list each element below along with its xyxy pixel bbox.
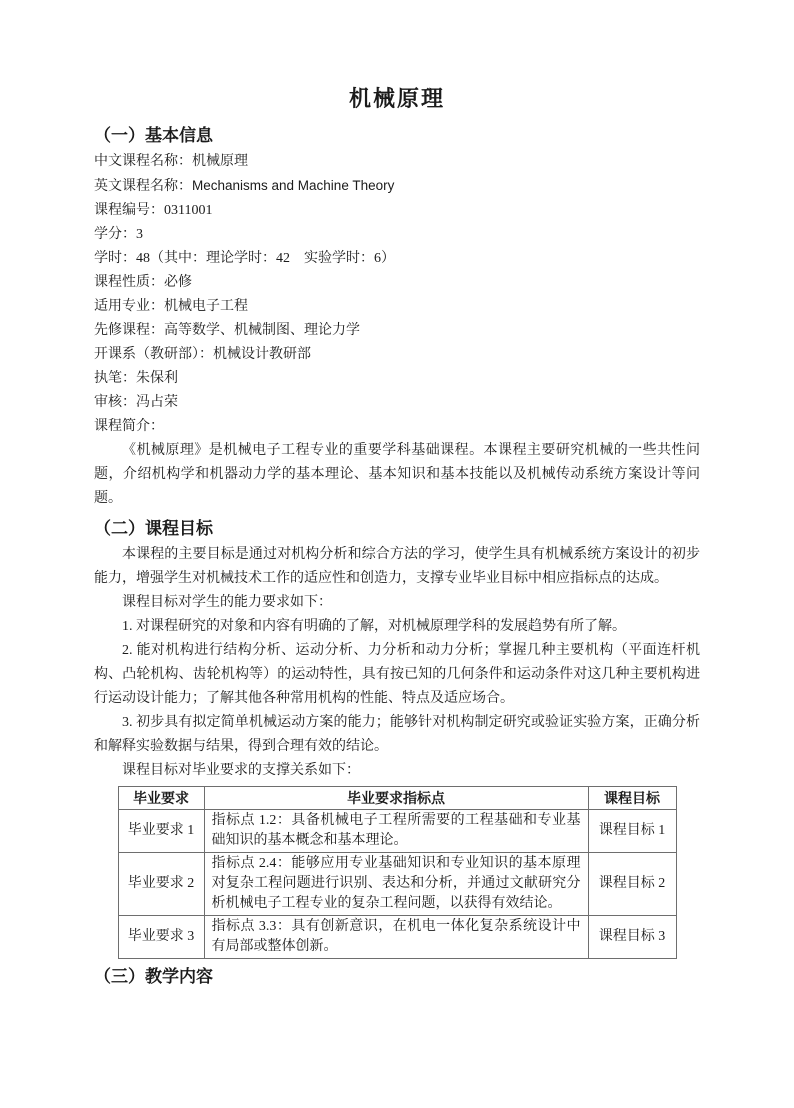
ability-item-1: 1. 对课程研究的对象和内容有明确的了解，对机械原理学科的发展趋势有所了解。 — [94, 615, 700, 639]
header-requirement-indicator: 毕业要求指标点 — [204, 787, 588, 810]
field-author: 执笔：朱保利 — [94, 367, 700, 391]
course-intro-paragraph: 《机械原理》是机械电子工程专业的重要学科基础课程。本课程主要研究机械的一些共性问… — [94, 439, 700, 511]
field-value: 机械原理 — [192, 154, 248, 169]
cell-indicator-3: 指标点 3.3：具有创新意识，在机电一体化复杂系统设计中有局部或整体创新。 — [204, 916, 588, 959]
support-table-row-2: 毕业要求 2 指标点 2.4：能够应用专业基础知识和专业知识的基本原理对复杂工程… — [118, 853, 676, 916]
field-label: 执笔： — [94, 371, 136, 386]
support-table-row-3: 毕业要求 3 指标点 3.3：具有创新意识，在机电一体化复杂系统设计中有局部或整… — [118, 916, 676, 959]
section-teaching-content-heading: （三）教学内容 — [94, 965, 700, 989]
field-label: 开课系（教研部）： — [94, 347, 213, 362]
field-value: 高等数学、机械制图、理论力学 — [164, 323, 360, 338]
cell-requirement-1: 毕业要求 1 — [118, 810, 204, 853]
field-value: 朱保利 — [136, 371, 178, 386]
document-page: 机械原理 （一）基本信息 中文课程名称：机械原理 英文课程名称：Mechanis… — [0, 0, 794, 1108]
field-offering-department: 开课系（教研部）：机械设计教研部 — [94, 343, 700, 367]
field-value: Mechanisms and Machine Theory — [192, 178, 394, 193]
support-relation-intro: 课程目标对毕业要求的支撑关系如下： — [94, 759, 700, 783]
field-label: 先修课程： — [94, 323, 164, 338]
field-value: 3 — [136, 227, 143, 242]
cell-objective-1: 课程目标 1 — [588, 810, 676, 853]
field-label: 中文课程名称： — [94, 154, 192, 169]
cell-objective-3: 课程目标 3 — [588, 916, 676, 959]
cell-objective-2: 课程目标 2 — [588, 853, 676, 916]
field-label: 学分： — [94, 227, 136, 242]
ability-item-3: 3. 初步具有拟定简单机械运动方案的能力；能够针对机构制定研究或验证实验方案，正… — [94, 711, 700, 759]
cell-indicator-1: 指标点 1.2：具备机械电子工程所需要的工程基础和专业基础知识的基本概念和基本理… — [204, 810, 588, 853]
field-label: 课程编号： — [94, 203, 164, 218]
field-course-nature: 课程性质：必修 — [94, 271, 700, 295]
field-class-hours: 学时：48（其中：理论学时：42 实验学时：6） — [94, 247, 700, 271]
field-course-brief-label: 课程简介： — [94, 415, 700, 439]
field-english-course-name: 英文课程名称：Mechanisms and Machine Theory — [94, 174, 700, 199]
section-course-objectives-heading: （二）课程目标 — [94, 517, 700, 541]
objectives-overview-paragraph: 本课程的主要目标是通过对机构分析和综合方法的学习，使学生具有机械系统方案设计的初… — [94, 543, 700, 591]
header-course-objective: 课程目标 — [588, 787, 676, 810]
support-table-header-row: 毕业要求 毕业要求指标点 课程目标 — [118, 787, 676, 810]
field-value: 机械设计教研部 — [213, 347, 311, 362]
field-value: 冯占荣 — [136, 395, 178, 410]
field-prerequisite-courses: 先修课程：高等数学、机械制图、理论力学 — [94, 319, 700, 343]
field-value: 必修 — [164, 275, 192, 290]
field-value: 48（其中：理论学时：42 实验学时：6） — [136, 251, 395, 266]
field-label: 课程性质： — [94, 275, 164, 290]
field-label: 适用专业： — [94, 299, 164, 314]
field-chinese-course-name: 中文课程名称：机械原理 — [94, 150, 700, 174]
field-label: 英文课程名称： — [94, 179, 192, 194]
field-credits: 学分：3 — [94, 223, 700, 247]
document-title: 机械原理 — [94, 84, 700, 114]
field-reviewer: 审核：冯占荣 — [94, 391, 700, 415]
support-relation-table: 毕业要求 毕业要求指标点 课程目标 毕业要求 1 指标点 1.2：具备机械电子工… — [118, 786, 677, 959]
field-course-code: 课程编号：0311001 — [94, 199, 700, 223]
header-graduation-requirement: 毕业要求 — [118, 787, 204, 810]
ability-requirements-intro: 课程目标对学生的能力要求如下： — [94, 591, 700, 615]
field-value: 0311001 — [164, 203, 212, 218]
field-label: 课程简介： — [94, 419, 164, 434]
field-applicable-major: 适用专业：机械电子工程 — [94, 295, 700, 319]
cell-requirement-2: 毕业要求 2 — [118, 853, 204, 916]
cell-indicator-2: 指标点 2.4：能够应用专业基础知识和专业知识的基本原理对复杂工程问题进行识别、… — [204, 853, 588, 916]
field-label: 审核： — [94, 395, 136, 410]
support-table-row-1: 毕业要求 1 指标点 1.2：具备机械电子工程所需要的工程基础和专业基础知识的基… — [118, 810, 676, 853]
cell-requirement-3: 毕业要求 3 — [118, 916, 204, 959]
field-label: 学时： — [94, 251, 136, 266]
ability-item-2: 2. 能对机构进行结构分析、运动分析、力分析和动力分析；掌握几种主要机构（平面连… — [94, 639, 700, 711]
section-basic-info-heading: （一）基本信息 — [94, 124, 700, 148]
field-value: 机械电子工程 — [164, 299, 248, 314]
